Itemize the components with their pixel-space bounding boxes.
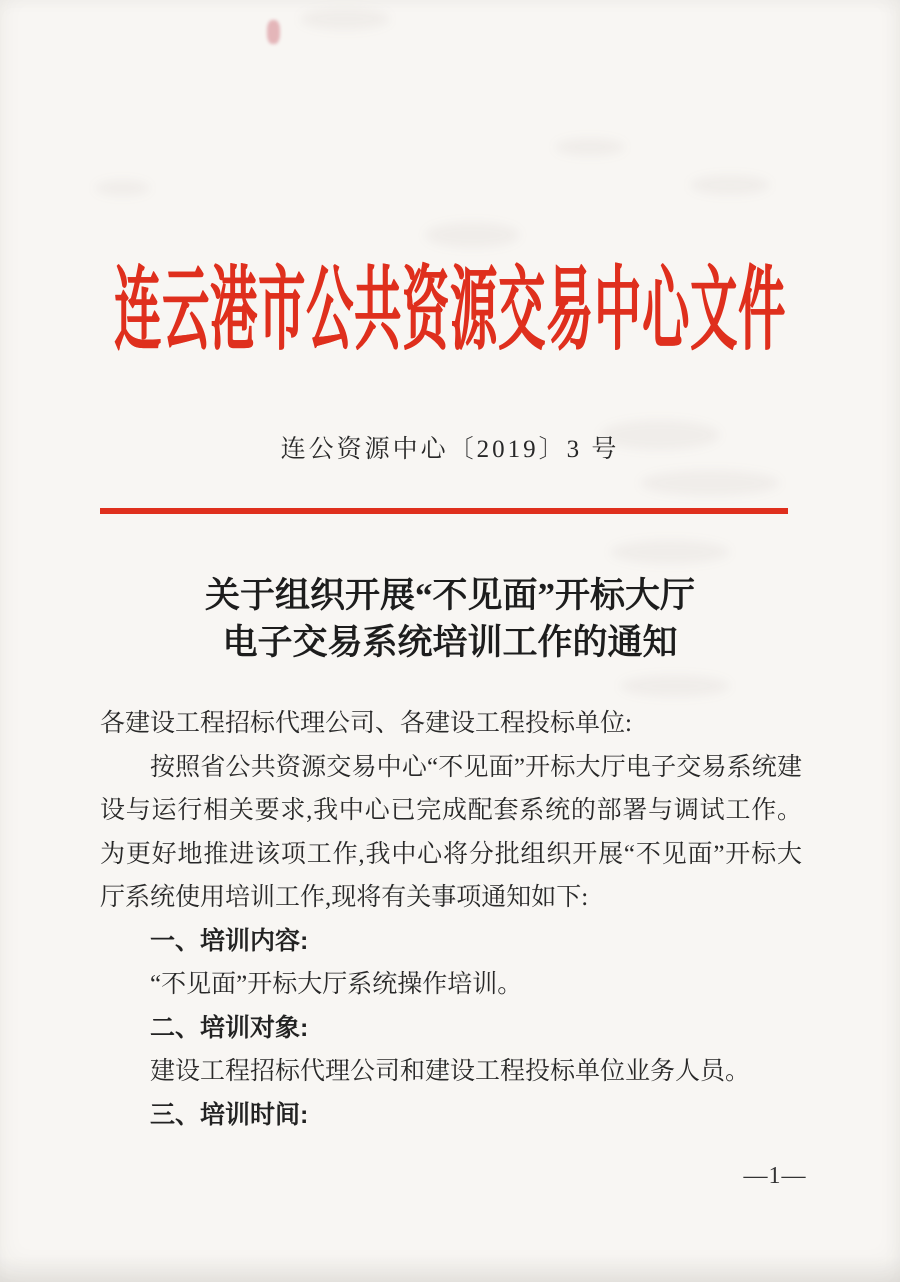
red-divider-line	[100, 508, 788, 514]
document-title-line1: 关于组织开展“不见面”开标大厅	[0, 572, 900, 619]
document-title: 关于组织开展“不见面”开标大厅 电子交易系统培训工作的通知	[0, 572, 900, 666]
document-body: 各建设工程招标代理公司、各建设工程投标单位: 按照省公共资源交易中心“不见面”开…	[100, 702, 802, 1137]
red-letterhead-title: 连云港市公共资源交易中心文件	[0, 267, 900, 359]
section-1-content: “不见面”开标大厅系统操作培训。	[100, 963, 802, 1007]
page-number: —1—	[735, 1163, 815, 1190]
salutation: 各建设工程招标代理公司、各建设工程投标单位:	[100, 702, 802, 746]
scan-red-smudge	[267, 20, 280, 44]
section-2-content: 建设工程招标代理公司和建设工程投标单位业务人员。	[100, 1050, 802, 1094]
document-title-line2: 电子交易系统培训工作的通知	[0, 619, 900, 666]
section-1-heading: 一、培训内容:	[100, 920, 802, 964]
scan-smudge	[300, 8, 390, 30]
scan-bottom-shadow	[0, 1256, 900, 1282]
scan-smudge	[640, 470, 780, 496]
body-paragraph-1: 按照省公共资源交易中心“不见面”开标大厅电子交易系统建设与运行相关要求,我中心已…	[100, 746, 802, 920]
scan-smudge	[425, 222, 520, 248]
document-number: 连公资源中心〔2019〕3 号	[0, 434, 900, 466]
section-2-heading: 二、培训对象:	[100, 1007, 802, 1051]
document-page: 连云港市公共资源交易中心文件 连公资源中心〔2019〕3 号 关于组织开展“不见…	[0, 0, 900, 1282]
section-3-heading: 三、培训时间:	[100, 1094, 802, 1138]
scan-smudge	[610, 540, 730, 564]
scan-smudge	[620, 675, 730, 697]
scan-smudge	[690, 175, 770, 195]
scan-smudge	[555, 138, 625, 156]
scan-smudge	[95, 180, 150, 196]
